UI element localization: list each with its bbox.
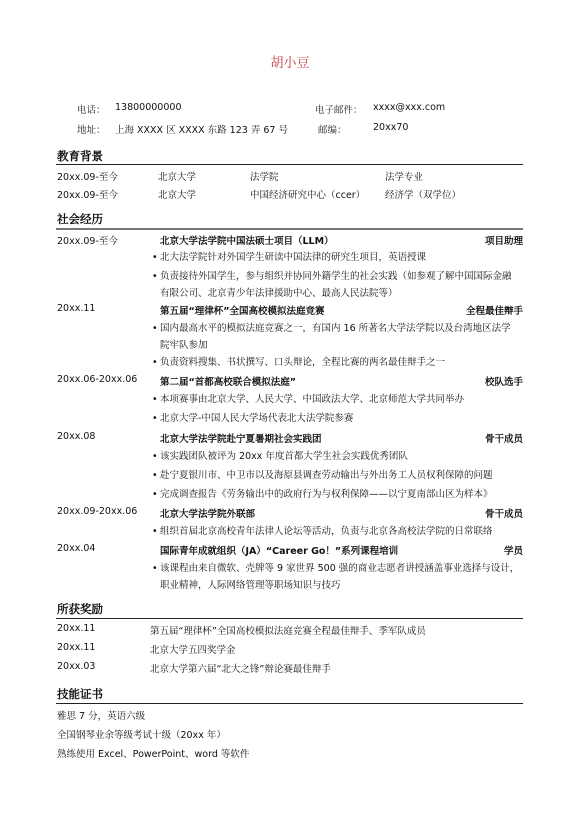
skill-line: 全国钢琴业余等级考试十级（20xx 年）: [57, 727, 226, 741]
award-row: 20xx.11 北京大学五四奖学金: [57, 642, 523, 660]
section-divider: [56, 703, 523, 704]
award-text: 北京大学第六届“北大之锋”辩论赛最佳辩手: [150, 661, 331, 675]
experience-item-header: 20xx.09-20xx.06 北京大学法学院外联部 骨干成员: [57, 506, 523, 524]
email-value: xxxx@xxx.com: [373, 102, 445, 113]
address-value: 上海 XXXX 区 XXXX 东路 123 弄 67 号: [115, 122, 288, 136]
education-date: 20xx.09-至今: [57, 169, 118, 183]
award-date: 20xx.11: [57, 642, 95, 653]
education-school: 北京大学: [158, 169, 196, 183]
experience-role: 骨干成员: [485, 431, 523, 445]
section-divider: [56, 164, 523, 165]
experience-bullet: • 赴宁夏银川市、中卫市以及海原县调查劳动输出与外出务工人员权利保障的问题: [152, 468, 520, 485]
experience-bullet: • 北大法学院针对外国学生研读中国法律的研究生项目，英语授课: [152, 250, 520, 267]
experience-date: 20xx.09-20xx.06: [57, 506, 137, 517]
experience-item-header: 20xx.11 第五届“理律杯”全国高校模拟法庭竞赛 全程最佳辩手: [57, 303, 523, 321]
education-major: 经济学（双学位）: [385, 187, 461, 201]
experience-org: 国际青年成就组织（JA）“Career Go！”系列课程培训: [160, 543, 398, 557]
award-row: 20xx.11 第五届“理律杯”全国高校模拟法庭竞赛全程最佳辩手、季军队成员: [57, 623, 523, 641]
experience-item-header: 20xx.09-至今 北京大学法学院中国法硕士项目（LLM） 项目助理: [57, 233, 523, 251]
skill-line: 雅思 7 分，英语六级: [57, 708, 145, 722]
bullet-icon: •: [152, 487, 158, 504]
skill-line: 熟练使用 Excel、PowerPoint、word 等软件: [57, 746, 249, 760]
experience-org: 第五届“理律杯”全国高校模拟法庭竞赛: [160, 303, 325, 317]
experience-org: 北京大学法学院中国法硕士项目（LLM）: [160, 233, 334, 247]
experience-bullet: • 组织首届北京高校青年法律人论坛等活动，负责与北京各高校法学院的日常联络: [152, 524, 520, 541]
section-divider: [56, 618, 523, 619]
experience-date: 20xx.11: [57, 303, 95, 314]
experience-date: 20xx.04: [57, 543, 95, 554]
email-label: 电子邮件：: [315, 102, 363, 116]
experience-item-header: 20xx.04 国际青年成就组织（JA）“Career Go！”系列课程培训 学…: [57, 543, 523, 561]
phone-label: 电话：: [77, 102, 106, 116]
experience-bullet: • 北京大学-中国人民大学场代表北大法学院参赛: [152, 411, 520, 428]
award-date: 20xx.03: [57, 661, 95, 672]
phone-value: 13800000000: [115, 102, 182, 113]
experience-bullet: • 完成调查报告《劳务输出中的政府行为与权利保障——以宁夏南部山区为样本》: [152, 487, 520, 504]
resume-name: 胡小豆: [0, 52, 580, 71]
bullet-icon: •: [152, 269, 158, 286]
experience-item-header: 20xx.08 北京大学法学院赴宁夏暑期社会实践团 骨干成员: [57, 431, 523, 449]
section-title-awards: 所获奖励: [57, 601, 103, 617]
bullet-icon: •: [152, 250, 158, 267]
bullet-icon: •: [152, 524, 158, 541]
education-dept: 中国经济研究中心（ccer）: [250, 187, 365, 201]
section-divider: [56, 228, 523, 230]
education-row: 20xx.09-至今 北京大学 中国经济研究中心（ccer） 经济学（双学位）: [57, 187, 523, 205]
experience-org: 北京大学法学院赴宁夏暑期社会实践团: [160, 431, 322, 445]
bullet-icon: •: [152, 468, 158, 485]
bullet-icon: •: [152, 392, 158, 409]
section-title-skills: 技能证书: [57, 686, 103, 702]
experience-org: 北京大学法学院外联部: [160, 506, 255, 520]
education-date: 20xx.09-至今: [57, 187, 118, 201]
experience-role: 校队选手: [485, 374, 523, 388]
experience-date: 20xx.09-至今: [57, 233, 118, 247]
experience-bullet: • 本项赛事由北京大学、人民大学、中国政法大学、北京师范大学共同举办: [152, 392, 520, 409]
bullet-icon: •: [152, 449, 158, 466]
bullet-icon: •: [152, 561, 158, 578]
award-text: 第五届“理律杯”全国高校模拟法庭竞赛全程最佳辩手、季军队成员: [150, 623, 426, 637]
experience-role: 全程最佳辩手: [466, 303, 523, 317]
experience-bullet: • 该实践团队被评为 20xx 年度首都大学生社会实践优秀团队: [152, 449, 520, 466]
experience-item-header: 20xx.06-20xx.06 第二届“首都高校联合模拟法庭” 校队选手: [57, 374, 523, 392]
award-text: 北京大学五四奖学金: [150, 642, 236, 656]
education-row: 20xx.09-至今 北京大学 法学院 法学专业: [57, 169, 523, 187]
zip-label: 邮编：: [318, 122, 347, 136]
experience-date: 20xx.06-20xx.06: [57, 374, 137, 385]
experience-bullet: • 负责接待外国学生，参与组织并协同外籍学生的社会实践（如参观了解中国国际金融有…: [152, 269, 520, 302]
experience-bullet: • 国内最高水平的模拟法庭竞赛之一，有国内 16 所著名大学法学院以及台湾地区法…: [152, 321, 520, 354]
bullet-icon: •: [152, 355, 158, 372]
bullet-icon: •: [152, 321, 158, 338]
award-date: 20xx.11: [57, 623, 95, 634]
experience-role: 项目助理: [485, 233, 523, 247]
education-dept: 法学院: [250, 169, 279, 183]
award-row: 20xx.03 北京大学第六届“北大之锋”辩论赛最佳辩手: [57, 661, 523, 679]
experience-bullet: • 该课程由来自微软、壳牌等 9 家世界 500 强的商业志愿者讲授涵盖事业选择…: [152, 561, 520, 594]
zip-value: 20xx70: [373, 122, 408, 133]
bullet-icon: •: [152, 411, 158, 428]
experience-role: 学员: [504, 543, 523, 557]
education-major: 法学专业: [385, 169, 423, 183]
section-title-education: 教育背景: [57, 148, 103, 164]
experience-bullet: • 负责资料搜集、书状撰写、口头辩论，全程比赛的两名最佳辩手之一: [152, 355, 520, 372]
address-label: 地址：: [77, 122, 106, 136]
experience-org: 第二届“首都高校联合模拟法庭”: [160, 374, 296, 388]
education-school: 北京大学: [158, 187, 196, 201]
experience-role: 骨干成员: [485, 506, 523, 520]
experience-date: 20xx.08: [57, 431, 95, 442]
section-title-experience: 社会经历: [57, 211, 103, 227]
